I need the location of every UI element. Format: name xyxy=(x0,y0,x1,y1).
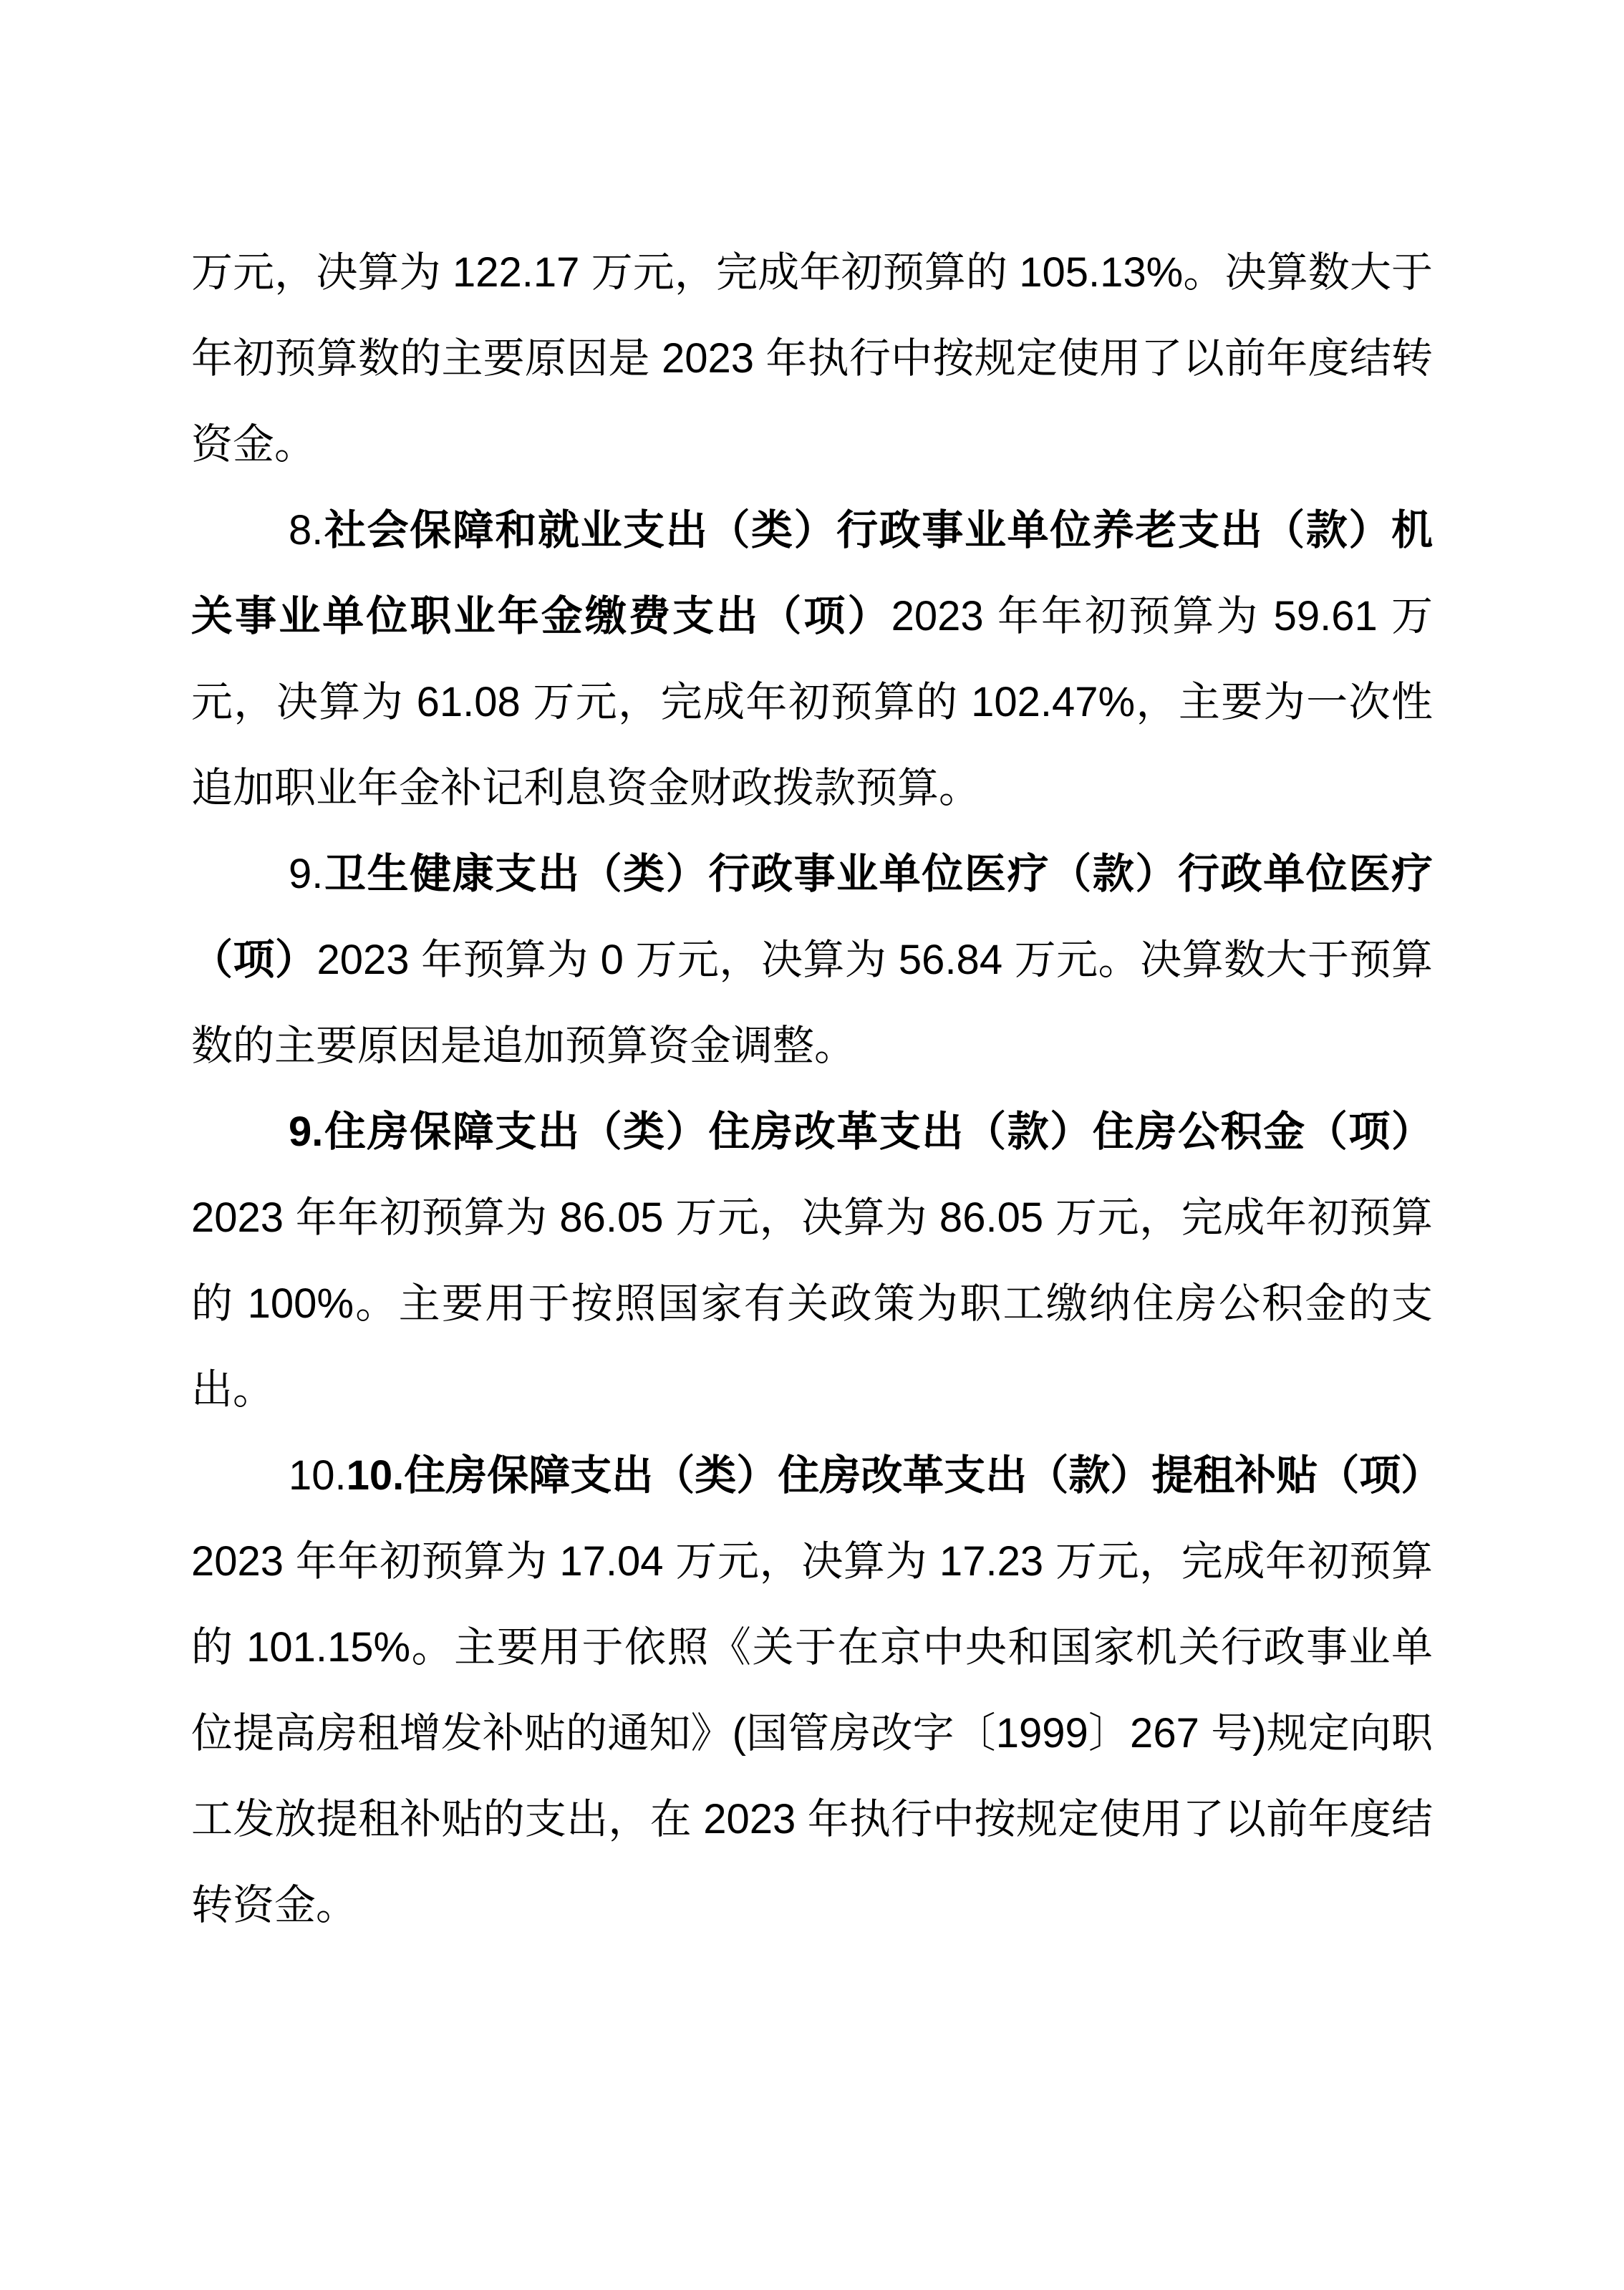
list-number: 9. xyxy=(289,851,323,897)
heading-run: 10.住房保障支出（类）住房改革支出（款）提租补贴（项） xyxy=(347,1452,1443,1499)
paragraph-item-10-rent-subsidy: 10.10.住房保障支出（类）住房改革支出（款）提租补贴（项）2023 年年初预… xyxy=(191,1433,1433,1948)
paragraph-item-9-health: 9.卫生健康支出（类）行政事业单位医疗（款）行政单位医疗（项）2023 年预算为… xyxy=(191,831,1433,1089)
text-run: 2023 年年初预算为 17.04 万元，决算为 17.23 万元，完成年初预算… xyxy=(191,1538,1433,1928)
heading-run: 9.住房保障支出（类）住房改革支出（款）住房公积金（项） xyxy=(289,1108,1433,1155)
text-run: 2023 年年初预算为 86.05 万元，决算为 86.05 万元，完成年初预算… xyxy=(191,1194,1433,1413)
paragraph-continuation: 万元，决算为 122.17 万元，完成年初预算的 105.13%。决算数大于年初… xyxy=(191,230,1433,488)
paragraph-item-8: 8.社会保障和就业支出（类）行政事业单位养老支出（款）机关事业单位职业年金缴费支… xyxy=(191,488,1433,831)
paragraph-item-9-housing-fund: 9.住房保障支出（类）住房改革支出（款）住房公积金（项）2023 年年初预算为 … xyxy=(191,1089,1433,1433)
text-run: 2023 年预算为 0 万元，决算为 56.84 万元。决算数大于预算数的主要原… xyxy=(191,937,1433,1069)
list-number: 8. xyxy=(289,507,323,554)
text-run: 万元，决算为 122.17 万元，完成年初预算的 105.13%。决算数大于年初… xyxy=(191,249,1433,468)
document-page: 万元，决算为 122.17 万元，完成年初预算的 105.13%。决算数大于年初… xyxy=(0,0,1624,2290)
list-number: 10. xyxy=(289,1452,347,1499)
